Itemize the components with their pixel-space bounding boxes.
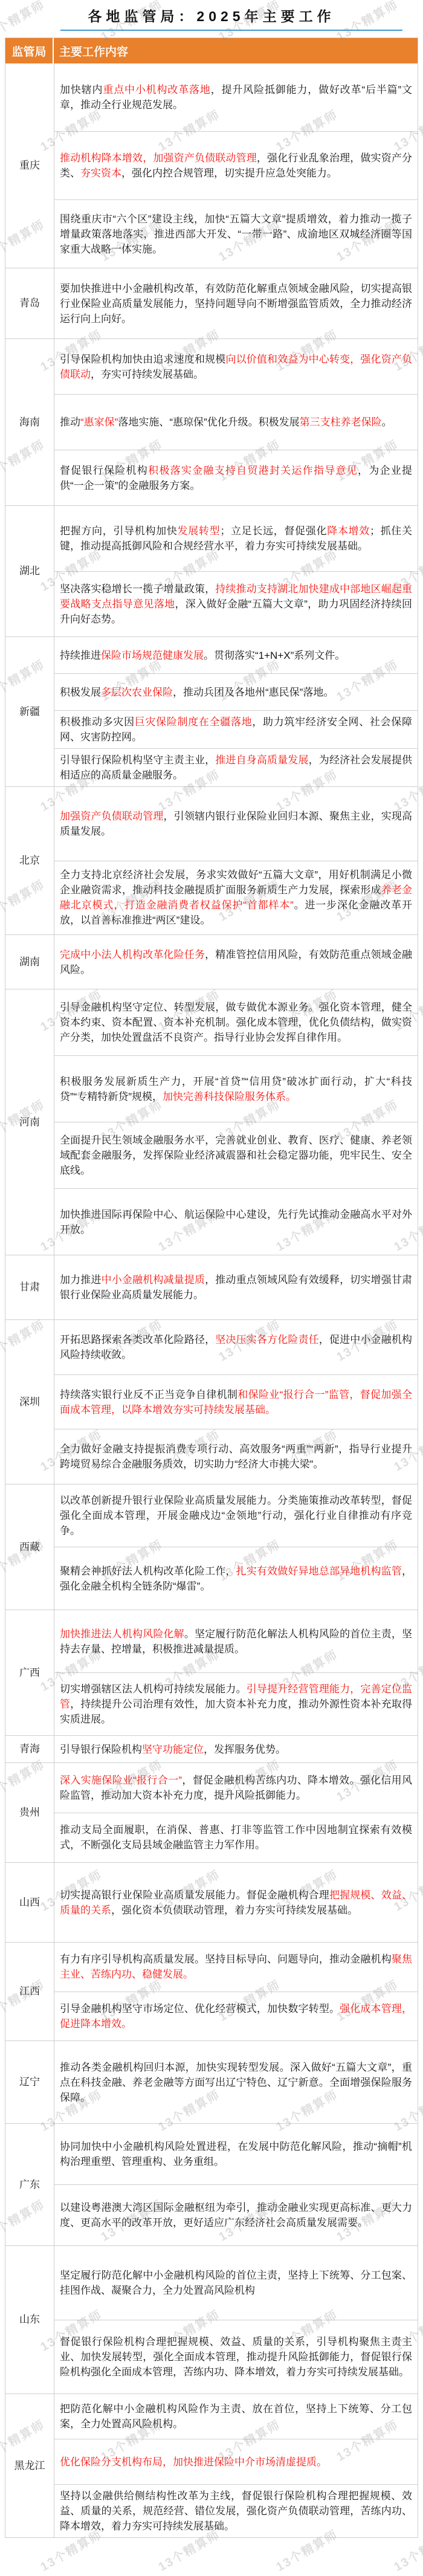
table-row: 重庆 加快辖内重点中小机构改革落地，提升风险抵御能力，做好改革“后半篇”文章，推… [5, 63, 418, 268]
bureau-name: 海南 [5, 339, 54, 505]
bureau-work-content: 引导金融机构坚守定位、转型发展，做专做优本源业务。强化资本管理，健全资本约束、资… [54, 989, 418, 1255]
highlighted-text: 积极落实金融支持自贸港封关运作指导意见 [148, 465, 358, 476]
work-paragraph: 积极服务发展新质生产力，开展“首贷”“信用贷”破冰扩面行动，扩大“科技贷”“专精… [54, 1055, 418, 1122]
table-row: 江西 有力有序引导机构高质量发展。坚持目标导向、问题导向，推动金融机构聚焦主业、… [5, 1942, 418, 2040]
table-row: 山东 坚定履行防范化解中小金融机构风险的首位主责，坚持上下统筹、分工包案、挂图作… [5, 2245, 418, 2393]
highlighted-text: 完成中小法人机构改革化险任务 [60, 949, 205, 960]
work-paragraph: 全力做好金融支持提振消费专项行动、高效服务“两重”“两新”，指导行业提升跨境贸易… [54, 1429, 418, 1484]
body-text: 协同加快中小金融机构风险处置进程，在发展中防范化解风险，推动“摘帽”机构治理重塑… [60, 2141, 412, 2167]
body-text: ，强化内控合规管理，切实提升应急处突能力。 [121, 167, 337, 179]
highlighted-text: 推动机构降本增效，加强资产负债联动管理 [60, 152, 257, 164]
bureau-name: 青岛 [5, 268, 54, 338]
highlighted-text: 优化保险分支机构布局，加快推进保险中介市场清虚提质。 [60, 2456, 327, 2468]
table-row: 广西 加快推进法人机构风险化解。坚定履行防范化解法人机构风险的首位主责，坚持去存… [5, 1610, 418, 1735]
body-text: 全力做好金融支持提振消费专项行动、高效服务“两重”“两新”，指导行业提升跨境贸易… [60, 1443, 412, 1470]
body-text: 。贯彻落实“1+N+X”系列文件。 [204, 650, 345, 661]
body-text: 把防范化解中小金融机构风险作为主责、放在首位，坚持上下统筹、分工包案，全力处置高… [60, 2403, 412, 2430]
body-text: 加力推进 [60, 1274, 102, 1286]
table-row: 湖北 把握方向，引导机构加快发展转型；立足长远，督促强化降本增效；抓住关键，推动… [5, 505, 418, 636]
work-paragraph: 推动“惠家保”落地实施、“惠琼保”优化升级。积极发展第三支柱养老保险。 [54, 394, 418, 450]
table-row: 贵州 深入实施保险业“报行合一”，督促金融机构苦练内功、降本增效。强化信用风险监… [5, 1762, 418, 1862]
body-text: ，持续提升公司治理有效性，加大资本补充力度，推动外源性资本补充取得实质进展。 [60, 1698, 412, 1725]
highlighted-text: 巨灾保险制度在全疆落地 [135, 716, 253, 728]
body-text: 引导金融机构坚守定位、转型发展，做专做优本源业务。强化资本管理，健全资本约束、资… [60, 1002, 412, 1043]
work-paragraph: 引导金融机构坚守定位、转型发展，做专做优本源业务。强化资本管理，健全资本约束、资… [54, 989, 418, 1055]
table-row: 河南 引导金融机构坚守定位、转型发展，做专做优本源业务。强化资本管理，健全资本约… [5, 989, 418, 1255]
highlighted-text: 重点中小机构改革落地 [103, 84, 210, 95]
table-row: 黑龙江 把防范化解中小金融机构风险作为主责、放在首位，坚持上下统筹、分工包案，全… [5, 2393, 418, 2537]
work-paragraph: 坚持以金融供给侧结构性改革为主线，督促银行保险机构合理把握规模、效益、质量的关系… [54, 2484, 418, 2537]
work-paragraph: 推动支局全面履职，在消保、普惠、打非等监管工作中因地制宜探索有效模式，不断强化支… [54, 1813, 418, 1863]
highlighted-text: 推进自身高质量发展 [215, 754, 308, 766]
body-text: 加快推进国际再保险中心、航运保险中心建设，先行先试推动金融高水平对外开放。 [60, 1209, 412, 1235]
bureau-work-content: 开拓思路探索各类改革化险路径，坚决压实各方化险责任，促进中小金融机构风险持续收敛… [54, 1320, 418, 1484]
bureau-work-content: 引导保险机构加快由追求速度和规模向以价值和效益为中心转变，强化资产负债联动，夯实… [54, 339, 418, 505]
regulators-table: 监管局 主要工作内容 重庆 加快辖内重点中小机构改革落地，提升风险抵御能力，做好… [5, 37, 418, 2538]
body-text: 引导银行保险机构坚守主责主业， [60, 754, 215, 766]
bureau-name: 江西 [5, 1943, 54, 2040]
bureau-name: 辽宁 [5, 2041, 54, 2123]
highlighted-text: 降本增效 [327, 525, 370, 537]
work-paragraph: 引导金融机构坚守市场定位、优化经营模式，加快数字转型。强化成本管理，促进降本增效… [54, 1992, 418, 2041]
bureau-work-content: 切实提高银行业保险业高质量发展能力。督促金融机构合理把握规模、效益、质量的关系，… [54, 1863, 418, 1942]
highlighted-text: 加强资产负债联动管理 [60, 811, 164, 822]
body-text: 持续推进 [60, 650, 101, 661]
highlighted-text: 扎实有效做好异地总部异地机构监管 [236, 1565, 402, 1577]
bureau-work-content: 推动各类金融机构回归本源，加快实现转型发展。深入做好“五篇大文章”，重点在科技金… [54, 2041, 418, 2123]
body-text: ，发挥服务优势。 [204, 1744, 286, 1755]
header-bureau-label: 监管局 [5, 38, 54, 63]
body-text: 推动 [60, 416, 80, 428]
body-text: ，推动兵团及各地州“惠民保”落地。 [173, 687, 334, 698]
bureau-name: 北京 [5, 787, 54, 934]
table-body: 重庆 加快辖内重点中小机构改革落地，提升风险抵御能力，做好改革“后半篇”文章，推… [5, 63, 418, 2537]
work-paragraph: 督促银行保险机构积极落实金融支持自贸港封关运作指导意见，为企业提供“一企一策”的… [54, 450, 418, 505]
table-row: 辽宁 推动各类金融机构回归本源，加快实现转型发展。深入做好“五篇大文章”，重点在… [5, 2040, 418, 2123]
bureau-work-content: 要加快推进中小金融机构改革，有效防范化解重点领域金融风险，切实提高银行业保险业高… [54, 268, 418, 338]
header-content-label: 主要工作内容 [54, 38, 418, 63]
table-row: 湖南 完成中小法人机构改革化险任务，精准管控信用风险，有效防范重点领域金融风险。 [5, 934, 418, 989]
body-text: 切实增强辖区法人机构可持续发展能力。 [60, 1683, 247, 1695]
table-row: 深圳 开拓思路探索各类改革化险路径，坚决压实各方化险责任，促进中小金融机构风险持… [5, 1319, 418, 1484]
table-row: 海南 引导保险机构加快由追求速度和规模向以价值和效益为中心转变，强化资产负债联动… [5, 338, 418, 505]
table-row: 青海 引导银行保险机构坚守功能定位，发挥服务优势。 [5, 1735, 418, 1762]
bureau-name: 新疆 [5, 637, 54, 786]
work-paragraph: 聚精会神抓好法人机构改革化险工作，扎实有效做好异地总部异地机构监管，强化金融全机… [54, 1547, 418, 1610]
highlighted-text: 中小金融机构减量提质 [102, 1274, 205, 1286]
bureau-work-content: 有力有序引导机构高质量发展。坚持目标导向、问题导向，推动金融机构聚焦主业、苦练内… [54, 1943, 418, 2040]
work-paragraph: 切实增强辖区法人机构可持续发展能力。引导提升经营管理能力，完善定位监管，持续提升… [54, 1672, 418, 1735]
body-text: 积极推动多灾因 [60, 716, 135, 728]
table-row: 甘肃 加力推进中小金融机构减量提质，推动重点领域风险有效缓释，切实增强甘肃银行业… [5, 1255, 418, 1319]
body-text: 持续落实银行业反不正当竞争自律机制 [60, 1389, 237, 1400]
bureau-work-content: 完成中小法人机构改革化险任务，精准管控信用风险，有效防范重点领域金融风险。 [54, 935, 418, 989]
body-text: 坚决落实稳增长一揽子增量政策， [60, 583, 215, 595]
work-paragraph: 以建设粤港澳大湾区国际金融枢纽为牵引，推动金融业实现更高标准、更大力度、更高水平… [54, 2184, 418, 2245]
body-text: 全力支持北京经济社会发展，务求实效做好“五篇大文章”，用好机制满足小微企业融资需… [60, 869, 412, 896]
bureau-name: 重庆 [5, 63, 54, 268]
table-row: 山西 切实提高银行业保险业高质量发展能力。督促金融机构合理把握规模、效益、质量的… [5, 1862, 418, 1942]
work-paragraph: 积极发展多层次农业保险，推动兵团及各地州“惠民保”落地。 [54, 673, 418, 710]
work-paragraph: 推动机构降本增效，加强资产负债联动管理，强化行业乱象治理，做实资产分类、夯实资本… [54, 131, 418, 199]
body-text: ，夯实可持续发展基础。 [91, 369, 204, 380]
body-text: 围绕重庆市“六个区”建设主线，加快“五篇大文章”提质增效，着力推动一揽子增量政策… [60, 213, 412, 255]
work-paragraph: 引导银行保险机构坚守功能定位，发挥服务优势。 [54, 1736, 418, 1762]
body-text: ；立足长远，督促强化 [220, 525, 327, 537]
body-text: 坚持以金融供给侧结构性改革为主线，督促银行保险机构合理把握规模、效益、质量的关系… [60, 2490, 412, 2532]
bureau-name: 甘肃 [5, 1255, 54, 1319]
bureau-work-content: 把防范化解中小金融机构风险作为主责、放在首位，坚持上下统筹、分工包案，全力处置高… [54, 2394, 418, 2537]
title-block: 各地监管局：2025年主要工作 [0, 0, 423, 31]
highlighted-text: 保险市场规范健康发展 [101, 650, 204, 661]
body-text: 引导银行保险机构 [60, 1744, 142, 1755]
body-text: 全面提升民生领域金融服务水平，完善就业创业、教育、医疗、健康、养老领域配套金融服… [60, 1134, 412, 1176]
body-text: 推动各类金融机构回归本源，加快实现转型发展。深入做好“五篇大文章”，重点在科技金… [60, 2062, 412, 2103]
work-paragraph: 加快推进法人机构风险化解。坚定履行防范化解法人机构风险的首位主责，坚持去存量、控… [54, 1610, 418, 1672]
body-text: 积极发展 [60, 687, 101, 698]
bureau-name: 青海 [5, 1736, 54, 1762]
work-paragraph: 加力推进中小金融机构减量提质，推动重点领域风险有效缓释，切实增强甘肃银行业保险业… [54, 1255, 418, 1319]
work-paragraph: 引导保险机构加快由追求速度和规模向以价值和效益为中心转变，强化资产负债联动，夯实… [54, 339, 418, 394]
table-row: 广东 协同加快中小金融机构风险处置进程，在发展中防范化解风险，推动“摘帽”机构治… [5, 2123, 418, 2245]
work-paragraph: 督促银行保险机构合理把握规模、效益、质量的关系，引导机构聚焦主责主业、加快发展转… [54, 2320, 418, 2394]
work-paragraph: 完成中小法人机构改革化险任务，精准管控信用风险，有效防范重点领域金融风险。 [54, 935, 418, 989]
bureau-work-content: 协同加快中小金融机构风险处置进程，在发展中防范化解风险，推动“摘帽”机构治理重塑… [54, 2124, 418, 2245]
highlighted-text: 夯实资本 [80, 167, 121, 179]
work-paragraph: 推动各类金融机构回归本源，加快实现转型发展。深入做好“五篇大文章”，重点在科技金… [54, 2041, 418, 2123]
work-paragraph: 要加快推进中小金融机构改革，有效防范化解重点领域金融风险，切实提高银行业保险业高… [54, 268, 418, 338]
work-paragraph: 加快辖内重点中小机构改革落地，提升风险抵御能力，做好改革“后半篇”文章，推动全行… [54, 63, 418, 131]
body-text: 把握方向，引导机构加快 [60, 525, 178, 537]
highlighted-text: 坚决压实各方化险责任 [215, 1334, 319, 1345]
body-text: 推动支局全面履职，在消保、普惠、打非等监管工作中因地制宜探索有效模式，不断强化支… [60, 1824, 412, 1851]
title-underline [60, 30, 402, 31]
highlighted-text: “惠家保” [80, 416, 118, 428]
body-text: 加快辖内 [60, 84, 103, 95]
body-text: 有力有序引导机构高质量发展。坚持目标导向、问题导向，推动金融机构 [60, 1953, 392, 1965]
body-text: 引导保险机构加快由追求速度和规模 [60, 354, 225, 365]
highlighted-text: 发展转型 [178, 525, 221, 537]
bureau-name: 山西 [5, 1863, 54, 1942]
bureau-work-content: 把握方向，引导机构加快发展转型；立足长远，督促强化降本增效；抓住关键，推动提高抵… [54, 506, 418, 636]
highlighted-text: 加快推进法人机构风险化解 [60, 1628, 184, 1640]
table-row: 新疆 持续推进保险市场规范健康发展。贯彻落实“1+N+X”系列文件。积极发展多层… [5, 636, 418, 786]
page-title: 各地监管局：2025年主要工作 [0, 7, 423, 25]
bureau-name: 山东 [5, 2246, 54, 2393]
body-text: 督促银行保险机构 [60, 465, 148, 476]
table-row: 西藏 以改革创新提升银行业保险业高质量发展能力。分类施策推动改革转型，督促强化全… [5, 1484, 418, 1610]
bureau-name: 湖北 [5, 506, 54, 636]
body-text: 引导金融机构坚守市场定位、优化经营模式，加快数字转型。 [60, 2003, 340, 2015]
table-row: 青岛 要加快推进中小金融机构改革，有效防范化解重点领域金融风险，切实提高银行业保… [5, 268, 418, 338]
bureau-work-content: 持续推进保险市场规范健康发展。贯彻落实“1+N+X”系列文件。积极发展多层次农业… [54, 637, 418, 786]
work-paragraph: 持续落实银行业反不正当竞争自律机制和保险业“报行合一”监管，督促加强全面成本管理… [54, 1374, 418, 1429]
body-text: 督促银行保险机构合理把握规模、效益、质量的关系，引导机构聚焦主责主业、加快发展转… [60, 2336, 412, 2378]
highlighted-text: 多层次农业保险 [101, 687, 173, 698]
body-text: 要加快推进中小金融机构改革，有效防范化解重点领域金融风险，切实提高银行业保险业高… [60, 283, 412, 325]
body-text: 以改革创新提升银行业保险业高质量发展能力。分类施策推动改革转型，督促强化全面成本… [60, 1495, 412, 1536]
bureau-name: 西藏 [5, 1484, 54, 1610]
bureau-name: 广东 [5, 2124, 54, 2245]
body-text: 坚定履行防范化解中小金融机构风险的首位主责，坚持上下统筹、分工包案、挂图作战、凝… [60, 2270, 412, 2296]
work-paragraph: 全力支持北京经济社会发展，务求实效做好“五篇大文章”，用好机制满足小微企业融资需… [54, 861, 418, 935]
body-text: ，强化资本负债联动管理，着力夯实可持续发展基础。 [111, 1904, 358, 1916]
work-paragraph: 把握方向，引导机构加快发展转型；立足长远，督促强化降本增效；抓住关键，推动提高抵… [54, 506, 418, 571]
bureau-work-content: 加快推进法人机构风险化解。坚定履行防范化解法人机构风险的首位主责，坚持去存量、控… [54, 1610, 418, 1735]
bureau-work-content: 加快辖内重点中小机构改革落地，提升风险抵御能力，做好改革“后半篇”文章，推动全行… [54, 63, 418, 268]
body-text: 落地实施、“惠琼保”优化升级。积极发展 [118, 416, 299, 428]
table-header: 监管局 主要工作内容 [5, 38, 418, 63]
work-paragraph: 积极推动多灾因巨灾保险制度在全疆落地，助力筑牢经济安全网、社会保障网、灾害防控网… [54, 710, 418, 748]
bureau-work-content: 深入实施保险业“报行合一”，督促金融机构苦练内功、降本增效。强化信用风险监管，推… [54, 1763, 418, 1862]
bureau-name: 贵州 [5, 1763, 54, 1862]
highlighted-text: 坚守功能定位 [142, 1744, 204, 1755]
work-paragraph: 持续推进保险市场规范健康发展。贯彻落实“1+N+X”系列文件。 [54, 637, 418, 673]
body-text: 聚精会神抓好法人机构改革化险工作， [60, 1565, 236, 1577]
bureau-work-content: 坚定履行防范化解中小金融机构风险的首位主责，坚持上下统筹、分工包案、挂图作战、凝… [54, 2246, 418, 2393]
work-paragraph: 坚决落实稳增长一揽子增量政策，持续推动支持湖北加快建成中部地区崛起重要战略支点指… [54, 571, 418, 637]
bureau-work-content: 加强资产负债联动管理，引领辖内银行业保险业回归本源、聚焦主业，实现高质量发展。全… [54, 787, 418, 934]
work-paragraph: 深入实施保险业“报行合一”，督促金融机构苦练内功、降本增效。强化信用风险监管，推… [54, 1763, 418, 1813]
work-paragraph: 加快推进国际再保险中心、航运保险中心建设，先行先试推动金融高水平对外开放。 [54, 1188, 418, 1255]
work-paragraph: 切实提高银行业保险业高质量发展能力。督促金融机构合理把握规模、效益、质量的关系，… [54, 1863, 418, 1942]
bureau-name: 湖南 [5, 935, 54, 989]
work-paragraph: 以改革创新提升银行业保险业高质量发展能力。分类施策推动改革转型，督促强化全面成本… [54, 1484, 418, 1547]
work-paragraph: 开拓思路探索各类改革化险路径，坚决压实各方化险责任，促进中小金融机构风险持续收敛… [54, 1320, 418, 1374]
work-paragraph: 加强资产负债联动管理，引领辖内银行业保险业回归本源、聚焦主业，实现高质量发展。 [54, 787, 418, 861]
work-paragraph: 有力有序引导机构高质量发展。坚持目标导向、问题导向，推动金融机构聚焦主业、苦练内… [54, 1943, 418, 1992]
bureau-work-content: 以改革创新提升银行业保险业高质量发展能力。分类施策推动改革转型，督促强化全面成本… [54, 1484, 418, 1610]
work-paragraph: 坚定履行防范化解中小金融机构风险的首位主责，坚持上下统筹、分工包案、挂图作战、凝… [54, 2246, 418, 2320]
body-text: 以建设粤港澳大湾区国际金融枢纽为牵引，推动金融业实现更高标准、更大力度、更高水平… [60, 2202, 412, 2228]
bureau-name: 河南 [5, 989, 54, 1255]
work-paragraph: 协同加快中小金融机构风险处置进程，在发展中防范化解风险，推动“摘帽”机构治理重塑… [54, 2124, 418, 2184]
highlighted-text: 加快完善科技保险服务体系。 [163, 1091, 296, 1102]
work-paragraph: 优化保险分支机构布局，加快推进保险中介市场清虚提质。 [54, 2439, 418, 2484]
work-paragraph: 围绕重庆市“六个区”建设主线，加快“五篇大文章”提质增效，着力推动一揽子增量政策… [54, 199, 418, 268]
highlighted-text: 深入实施保险业“报行合一” [60, 1775, 182, 1786]
bureau-name: 广西 [5, 1610, 54, 1735]
body-text: 切实提高银行业保险业高质量发展能力。督促金融机构合理 [60, 1889, 329, 1901]
work-paragraph: 引导银行保险机构坚守主责主业，推进自身高质量发展，为经济社会发展提供相适应的高质… [54, 748, 418, 786]
bureau-work-content: 加力推进中小金融机构减量提质，推动重点领域风险有效缓释，切实增强甘肃银行业保险业… [54, 1255, 418, 1319]
work-paragraph: 把防范化解中小金融机构风险作为主责、放在首位，坚持上下统筹、分工包案，全力处置高… [54, 2394, 418, 2439]
bureau-work-content: 引导银行保险机构坚守功能定位，发挥服务优势。 [54, 1736, 418, 1762]
bureau-name: 黑龙江 [5, 2394, 54, 2537]
body-text: 。 [382, 416, 392, 428]
work-paragraph: 全面提升民生领域金融服务水平，完善就业创业、教育、医疗、健康、养老领域配套金融服… [54, 1122, 418, 1188]
body-text: 开拓思路探索各类改革化险路径， [60, 1334, 215, 1345]
bureau-name: 深圳 [5, 1320, 54, 1484]
highlighted-text: 第三支柱养老保险 [300, 416, 382, 428]
table-row: 北京 加强资产负债联动管理，引领辖内银行业保险业回归本源、聚焦主业，实现高质量发… [5, 786, 418, 934]
